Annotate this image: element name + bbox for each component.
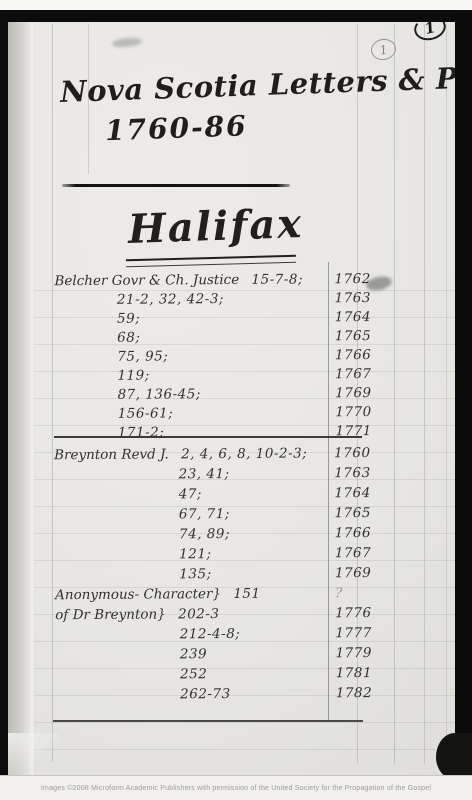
film-edge-left [0,10,8,775]
film-edge-corner [436,733,472,779]
entry-year: 1767 [335,545,371,561]
entry-page-numbers: 87, 136-45; [117,386,200,403]
entry-year: 1763 [335,290,371,306]
entry-page-numbers: 202-3 [178,606,220,622]
entry-page-numbers: 74, 89; [179,526,230,542]
entry-year: 1764 [334,485,370,501]
ledger-row: 47; 1764 [54,485,409,507]
entry-page-numbers: 68; [117,330,140,346]
ledger-row: 68; 1765 [55,328,410,349]
entry-year: 1769 [335,385,371,401]
entry-page-numbers: 121; [179,546,211,562]
page-gutter-shadow [8,22,34,775]
ledger-row: 119; 1767 [55,366,410,387]
entry-year: 1766 [335,525,371,541]
ledger-row: 74, 89; 1766 [55,525,410,547]
ledger-row: 67, 71; 1765 [55,505,410,527]
page-fold-line [52,24,53,762]
ledger-row: 59; 1764 [55,309,410,330]
entry-page-numbers: 135; [179,566,211,582]
entry-page-numbers: 47; [179,486,202,502]
entry-year: 1770 [335,404,371,420]
ink-smudge [112,36,143,48]
entry-page-numbers: 156-61; [118,405,174,421]
ledger-row: 252 1781 [56,665,411,687]
entry-page-numbers: 119; [117,368,149,384]
entry-year: 1777 [335,625,371,641]
section-heading: Halifax [127,200,304,253]
page-title: Nova Scotia Letters & Papers [60,61,465,109]
section-divider [53,720,363,722]
entry-year: 1781 [336,665,372,681]
ledger-row: Anonymous- Character} 151 ? [55,585,410,607]
page-corner-highlight [0,733,60,775]
entry-page-numbers: 75, 95; [117,348,168,364]
ledger-row: 87, 136-45; 1769 [55,385,410,406]
ink-rule [62,184,290,187]
entry-year: 1764 [335,309,371,325]
entry-year: 1779 [335,645,371,661]
page-title-block: Nova Scotia Letters & Papers 1760-86 [60,68,464,141]
entry-year: 1776 [335,605,371,621]
ledger-row: 75, 95; 1766 [55,347,410,368]
entry-year: 1769 [335,565,371,581]
ledger-row: 135; 1769 [55,565,410,587]
watermark-band: Images ©2008 Microform Academic Publishe… [0,775,472,800]
entry-name: Breynton Revd J. [54,446,169,463]
entry-page-numbers: 212-4-8; [180,626,241,642]
page-title-years: 1760-86 [105,102,465,148]
ledger-row: Breynton Revd J. 2, 4, 6, 8, 10-2-3; 176… [54,445,409,467]
entry-page-numbers: 171-2; [118,424,165,440]
ledger-row: 171-2; 1771 [55,423,410,444]
entry-page-numbers: 252 [180,666,207,682]
entry-section-breynton: Breynton Revd J. 2, 4, 6, 8, 10-2-3; 176… [54,445,411,707]
entry-page-numbers: 262-73 [180,686,231,702]
entry-year: 1762 [334,271,370,287]
ledger-row: 121; 1767 [55,545,410,567]
section-heading-underline [126,255,296,267]
ledger-row: 21-2, 32, 42-3; 1763 [55,290,410,311]
entry-year: 1763 [334,465,370,481]
folio-number-value: 1 [379,42,389,57]
entry-year: 1765 [335,505,371,521]
ledger-row: 23, 41; 1763 [54,465,409,487]
entry-year: 1765 [335,328,371,344]
entry-year: 1760 [334,445,370,461]
ledger-row: 212-4-8; 1777 [55,625,410,647]
entry-page-numbers: 21-2, 32, 42-3; [117,291,224,308]
ledger-row: 262-73 1782 [56,685,411,707]
entry-year: 1782 [336,685,372,701]
entry-year: ? [335,585,343,601]
film-edge-top-margin [0,0,472,10]
entry-name: Belcher Govr & Ch. Justice [54,272,239,289]
entry-page-numbers: 59; [117,311,140,327]
film-edge-top [0,10,472,22]
watermark-text: Images ©2008 Microform Academic Publishe… [41,785,431,792]
film-edge-right [455,10,472,775]
entry-name: of Dr Breynton} [55,606,166,623]
section-divider [54,436,362,438]
entry-page-numbers: 67, 71; [179,506,230,522]
entry-year: 1766 [335,347,371,363]
microfilm-document-scan: 1 1 Nova Scotia Letters & Papers 1760-86… [0,0,472,800]
entry-page-numbers: 239 [180,646,207,662]
ledger-row: of Dr Breynton} 202-3 1776 [55,605,410,627]
entry-page-numbers: 2, 4, 6, 8, 10-2-3; [181,445,307,462]
ledger-row: 239 1779 [55,645,410,667]
entry-year: 1767 [335,366,371,382]
entry-section-belcher: Belcher Govr & Ch. Justice 15-7-8; 1762 … [54,271,410,444]
entry-name: Anonymous- Character} [55,586,221,603]
entry-page-numbers: 151 [233,586,260,602]
entry-page-numbers: 15-7-8; [251,272,303,288]
entry-page-numbers: 23, 41; [179,466,230,482]
ledger-row: Belcher Govr & Ch. Justice 15-7-8; 1762 [54,271,409,292]
ledger-row: 156-61; 1770 [55,404,410,425]
